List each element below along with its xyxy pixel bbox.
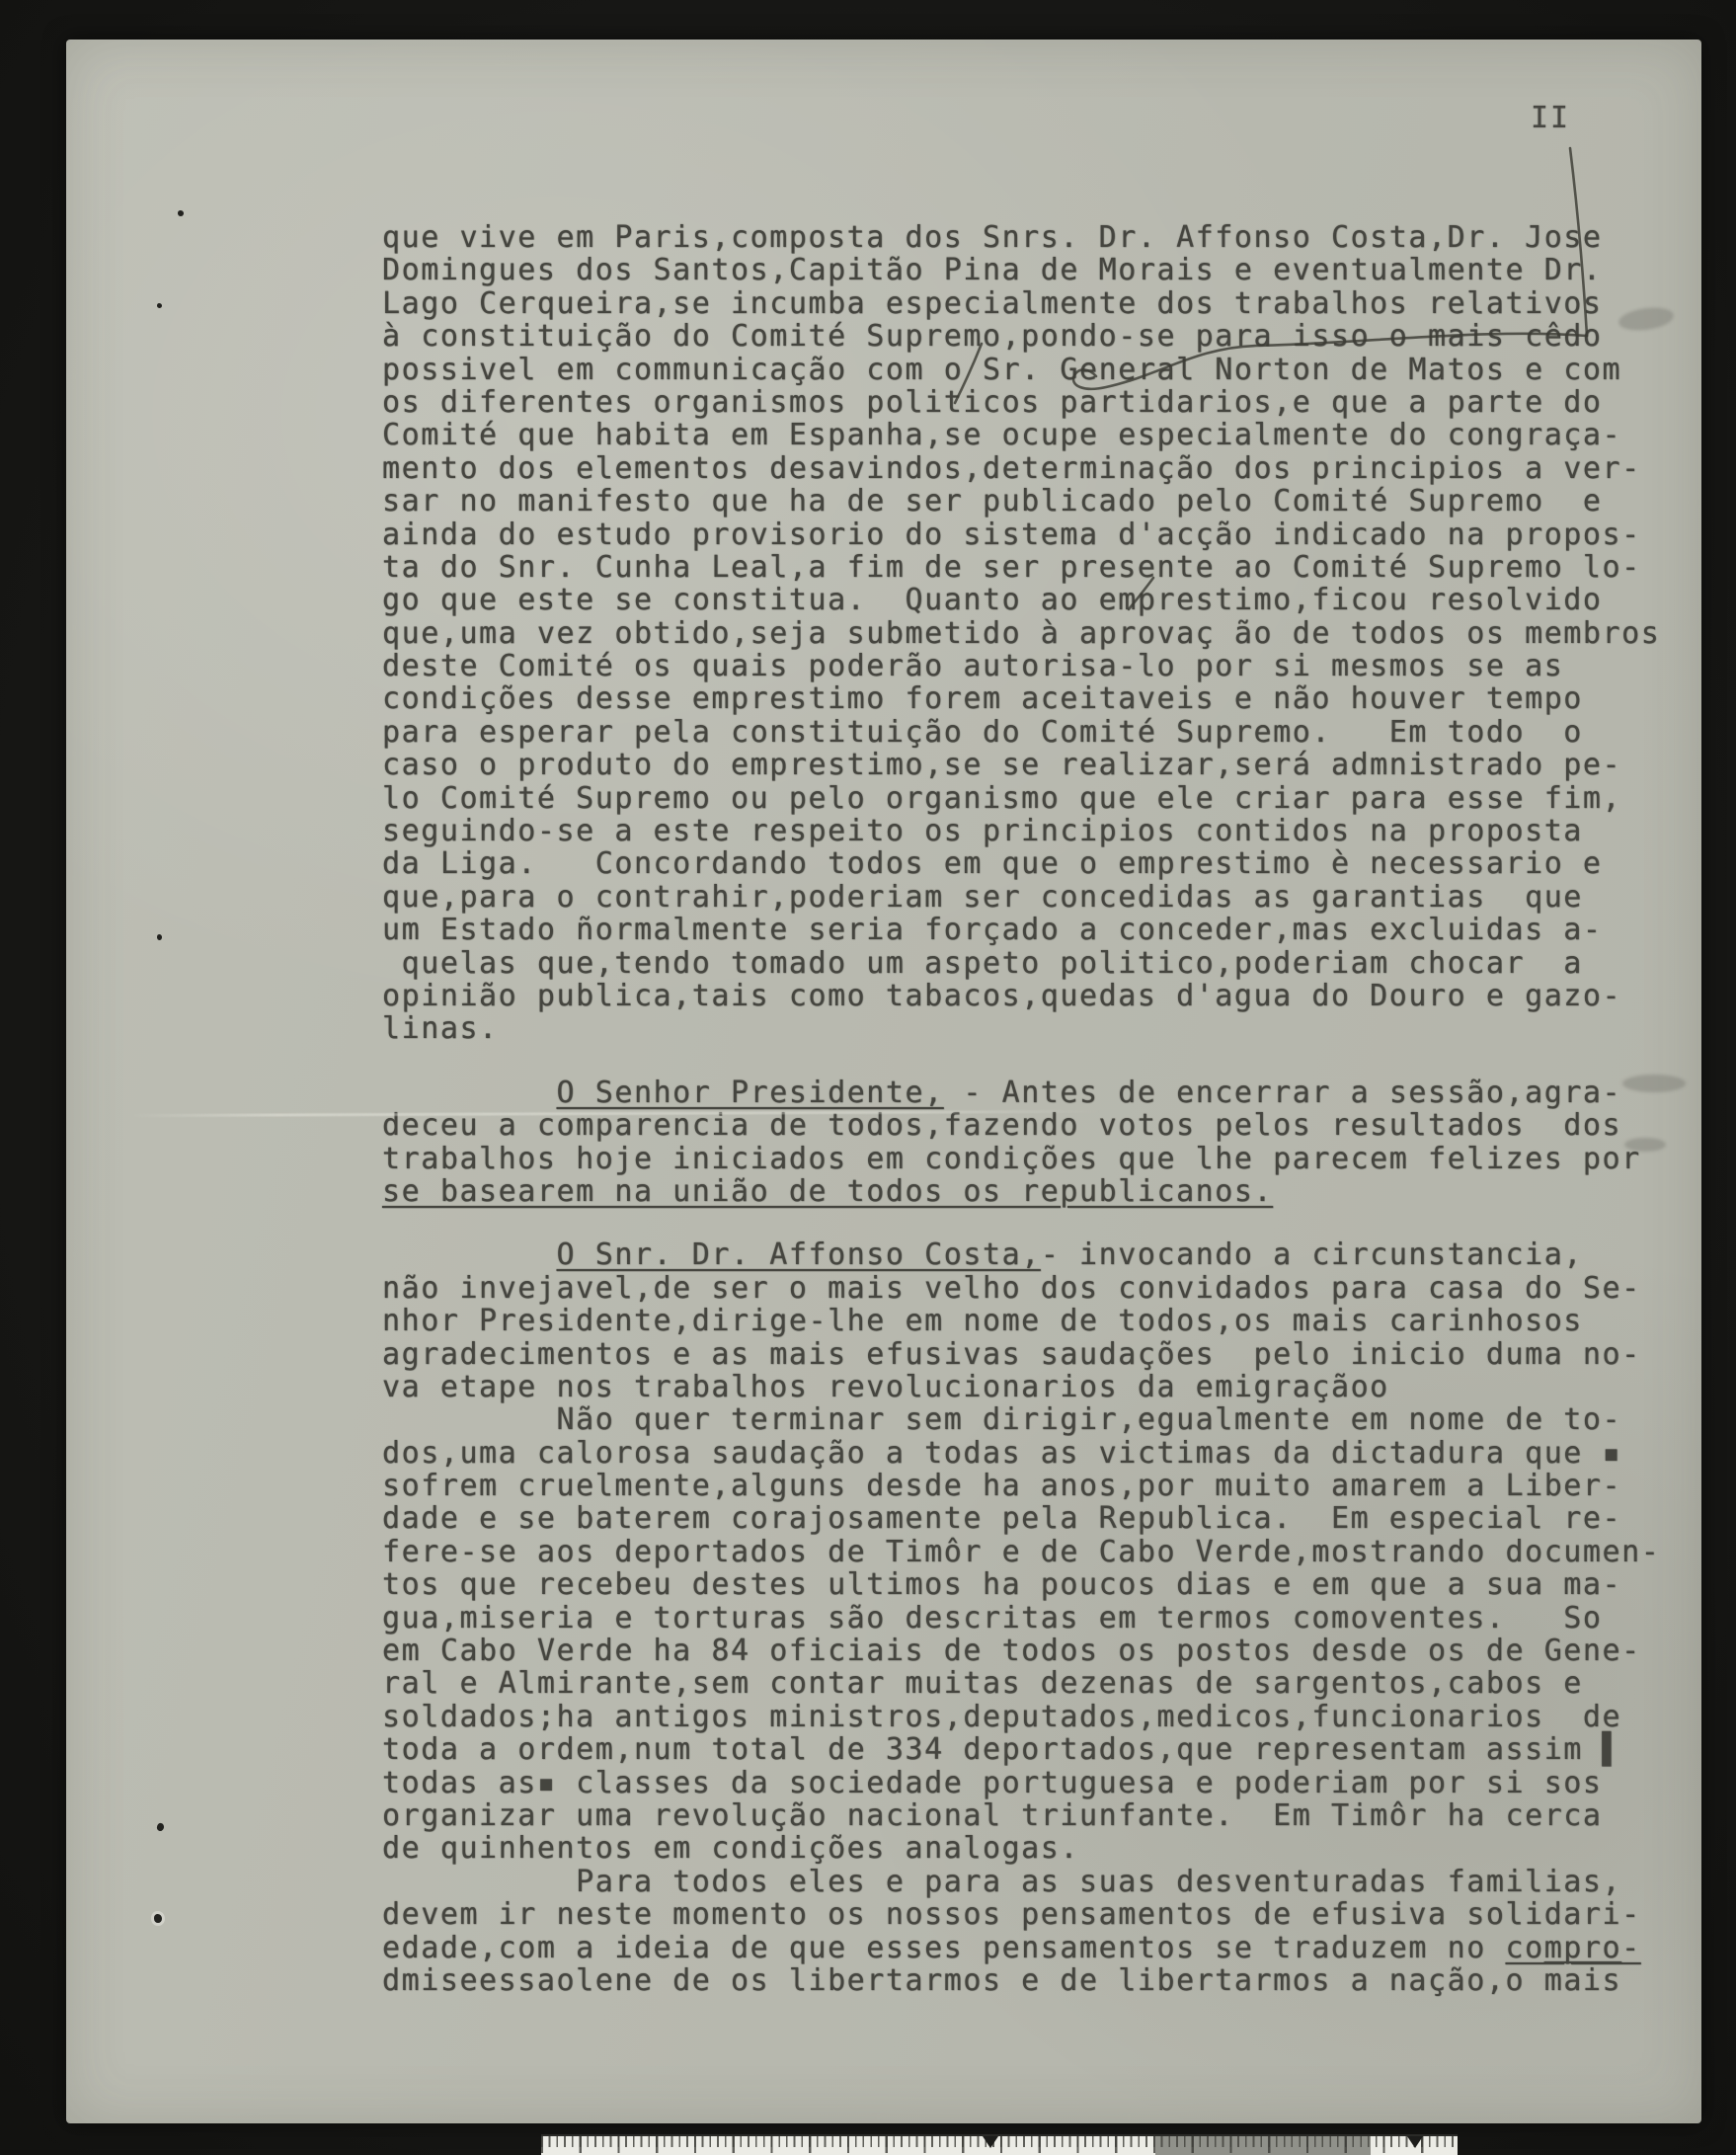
typed-line: linas. bbox=[382, 1012, 1705, 1045]
paragraph-senhor-presidente: O Senhor Presidente, - Antes de encerrar… bbox=[382, 1077, 1705, 1209]
typed-line: mento dos elementos desavindos,determina… bbox=[382, 452, 1705, 485]
typed-line: da Liga. Concordando todos em que o empr… bbox=[382, 847, 1705, 880]
typed-line: fere-se aos deportados de Timôr e de Cab… bbox=[382, 1536, 1705, 1568]
pencil-smudge bbox=[1624, 1138, 1666, 1152]
photo-scale-ruler bbox=[541, 2134, 1458, 2155]
typed-line: O Senhor Presidente, - Antes de encerrar… bbox=[382, 1077, 1705, 1109]
paragraph-comite-supremo: que vive em Paris,composta dos Snrs. Dr.… bbox=[382, 221, 1705, 1046]
typed-line: soldados;ha antigos ministros,deputados,… bbox=[382, 1701, 1705, 1733]
typed-line: Não quer terminar sem dirigir,egualmente… bbox=[382, 1403, 1705, 1436]
ruler-marker bbox=[1407, 2136, 1423, 2148]
typed-line: trabalhos hoje iniciados em condições qu… bbox=[382, 1143, 1705, 1175]
typed-line: ral e Almirante,sem contar muitas dezena… bbox=[382, 1667, 1705, 1700]
underlined-text: O Senhor Presidente, bbox=[557, 1076, 944, 1110]
typed-line: que,para o contrahir,poderiam ser conced… bbox=[382, 881, 1705, 914]
scan-background: II que vive em Paris,composta dos Snrs. … bbox=[0, 0, 1736, 2155]
typed-line: condições desse emprestimo forem aceitav… bbox=[382, 682, 1705, 715]
typed-line: Domingues dos Santos,Capitão Pina de Mor… bbox=[382, 254, 1705, 286]
ink-speck bbox=[156, 1822, 165, 1832]
ruler-major-ticks bbox=[541, 2136, 1458, 2153]
typed-line: Para todos eles e para as suas desventur… bbox=[382, 1866, 1705, 1898]
typed-line: agradecimentos e as mais efusivas saudaç… bbox=[382, 1338, 1705, 1371]
underlined-text: compro- bbox=[1505, 1931, 1640, 1965]
typed-line: que,uma vez obtido,seja submetido à apro… bbox=[382, 617, 1705, 650]
typed-line: edade,com a ideia de que esses pensament… bbox=[382, 1932, 1705, 1964]
punch-hole bbox=[154, 1914, 162, 1923]
typed-line: sar no manifesto que ha de ser publicado… bbox=[382, 485, 1705, 518]
typed-line: go que este se constitua. Quanto ao empr… bbox=[382, 584, 1705, 616]
typed-line: em Cabo Verde ha 84 oficiais de todos os… bbox=[382, 1635, 1705, 1667]
typed-line: à constituição do Comité Supremo,pondo-s… bbox=[382, 320, 1705, 353]
typed-line: lo Comité Supremo ou pelo organismo que … bbox=[382, 782, 1705, 815]
typed-line: O Snr. Dr. Affonso Costa,- invocando a c… bbox=[382, 1238, 1705, 1271]
typed-line: os diferentes organismos politicos parti… bbox=[382, 386, 1705, 419]
typed-line: opinião publica,tais como tabacos,quedas… bbox=[382, 980, 1705, 1012]
underlined-text: se basearem na união de todos os republi… bbox=[382, 1174, 1273, 1209]
typed-line: para esperar pela constituição do Comité… bbox=[382, 716, 1705, 749]
typed-line: tos que recebeu destes ultimos ha poucos… bbox=[382, 1568, 1705, 1601]
typed-line: dos,uma calorosa saudação a todas as vic… bbox=[382, 1437, 1705, 1470]
ink-speck bbox=[157, 934, 162, 940]
pencil-smudge bbox=[1622, 1075, 1686, 1092]
underlined-text: O Snr. Dr. Affonso Costa, bbox=[557, 1237, 1041, 1272]
typed-line: deste Comité os quais poderão autorisa-l… bbox=[382, 650, 1705, 682]
typed-line: quelas que,tendo tomado um aspeto politi… bbox=[382, 947, 1705, 980]
overlined-text: mais bbox=[1544, 1963, 1621, 1998]
typed-line: va etape nos trabalhos revolucionarios d… bbox=[382, 1371, 1705, 1403]
typed-line: sofrem cruelmente,alguns desde ha anos,p… bbox=[382, 1470, 1705, 1502]
typed-line: ta do Snr. Cunha Leal,a fim de ser prese… bbox=[382, 551, 1705, 584]
typed-line: dmiseessaolene de os libertarmos e de li… bbox=[382, 1964, 1705, 1997]
ruler-marker bbox=[983, 2136, 998, 2148]
typed-line: um Estado ñormalmente seria forçado a co… bbox=[382, 914, 1705, 946]
typed-line: organizar uma revolução nacional triunfa… bbox=[382, 1799, 1705, 1832]
typed-line: devem ir neste momento os nossos pensame… bbox=[382, 1898, 1705, 1931]
page-number: II bbox=[1531, 101, 1570, 135]
typed-line: caso o produto do emprestimo,se se reali… bbox=[382, 749, 1705, 781]
typed-line: dade e se baterem corajosamente pela Rep… bbox=[382, 1502, 1705, 1535]
typed-line: que vive em Paris,composta dos Snrs. Dr.… bbox=[382, 221, 1705, 254]
typed-line: gua,miseria e torturas são descritas em … bbox=[382, 1602, 1705, 1635]
typed-line: não invejavel,de ser o mais velho dos co… bbox=[382, 1272, 1705, 1305]
document-page: II que vive em Paris,composta dos Snrs. … bbox=[66, 40, 1701, 2123]
typed-line: toda a ordem,num total de 334 deportados… bbox=[382, 1733, 1705, 1766]
ink-speck bbox=[178, 210, 184, 216]
paragraph-affonso-costa: O Snr. Dr. Affonso Costa,- invocando a c… bbox=[382, 1238, 1705, 1997]
typed-line: se basearem na união de todos os republi… bbox=[382, 1175, 1705, 1208]
ink-speck bbox=[157, 303, 162, 308]
typed-line: de quinhentos em condições analogas. bbox=[382, 1832, 1705, 1865]
typed-line: todas as▪ classes da sociedade portugues… bbox=[382, 1767, 1705, 1799]
typed-line: nhor Presidente,dirige-lhe em nome de to… bbox=[382, 1305, 1705, 1337]
typed-line: ainda do estudo provisorio do sistema d'… bbox=[382, 519, 1705, 551]
typed-line: possivel em communicação com o Sr. Gener… bbox=[382, 354, 1705, 386]
typed-line: Lago Cerqueira,se incumba especialmente … bbox=[382, 287, 1705, 320]
typed-line: Comité que habita em Espanha,se ocupe es… bbox=[382, 419, 1705, 451]
typed-line: seguindo-se a este respeito os principio… bbox=[382, 815, 1705, 847]
